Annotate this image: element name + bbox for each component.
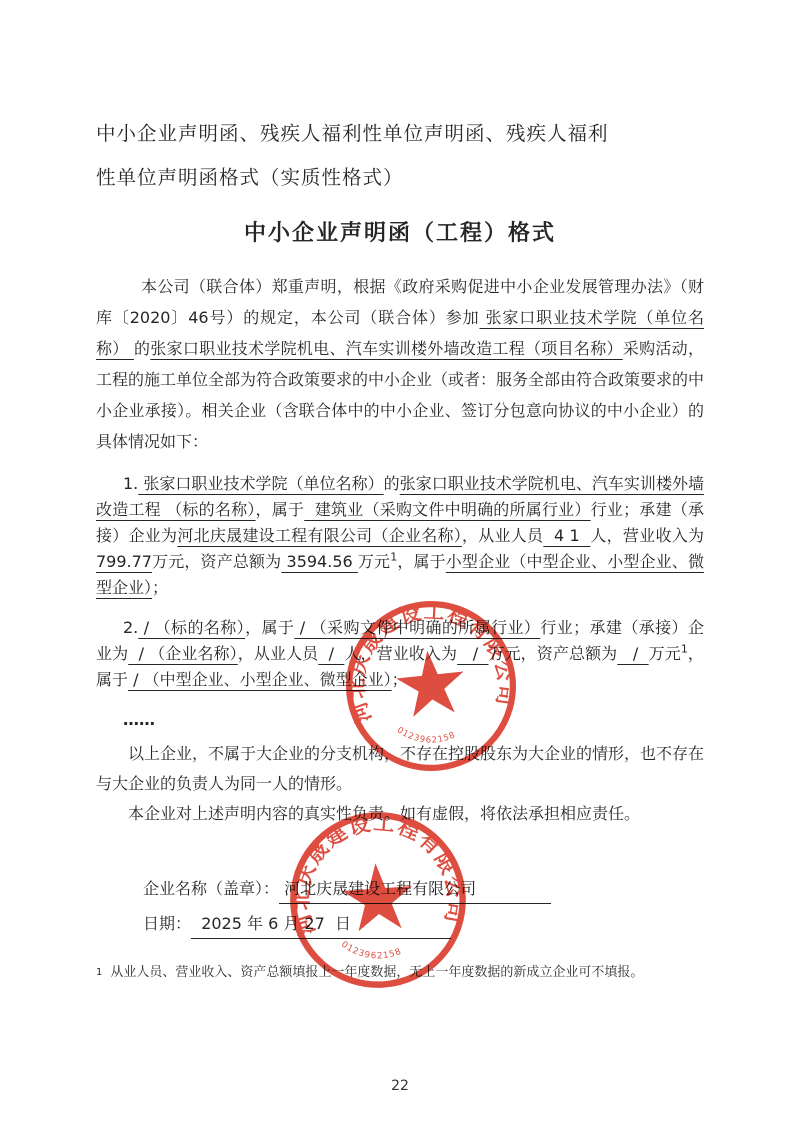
item2-seg-14: / （中型企业、小型企业、微型企业） <box>128 670 392 689</box>
item1-seg-1: 张家口职业技术学院（单位名称） <box>138 474 383 493</box>
footnote-reference-2: 1 <box>681 643 688 656</box>
item2-seg-12: 万元 <box>649 644 681 663</box>
item2-seg-15: ； <box>392 670 408 689</box>
item2-seg-5: / （企业名称） <box>128 644 238 663</box>
item2-seg-9: / <box>457 644 488 663</box>
document-content: 中小企业声明函、残疾人福利性单位声明函、残疾人福利 性单位声明函格式（实质性格式… <box>96 0 704 983</box>
item1-seg-0: 1. <box>123 474 138 493</box>
item2-seg-2: ，属于 <box>245 618 294 637</box>
signature-company-line: 企业名称（盖章）： 河北庆晟建设工程有限公司 <box>96 875 704 904</box>
item1-seg-5: 建筑业（采购文件中明确的所属行业） <box>304 500 590 519</box>
intro-seg-2: 的 <box>134 339 150 358</box>
item2-seg-8: 人，营业收入为 <box>344 644 457 663</box>
item1-seg-13: 3594.56 <box>281 552 358 571</box>
ellipsis-line: …… <box>96 707 704 733</box>
item2-seg-7: / <box>318 644 344 663</box>
company-seal-label: 企业名称（盖章）： <box>143 879 279 898</box>
footnote-text: 从业人员、营业收入、资产总额填报上一年度数据，无上一年度数据的新成立企业可不填报… <box>110 963 704 983</box>
paragraph-item1: 1. 张家口职业技术学院（单位名称）的张家口职业技术学院机电、汽车实训楼外墙改造… <box>96 471 704 601</box>
company-name-value: 河北庆晟建设工程有限公司 <box>279 875 551 904</box>
signature-date-line: 日期： 2025 年 6 月 27 日 <box>96 910 704 939</box>
date-label: 日期： <box>143 914 191 933</box>
item1-seg-8: ，从业人员 <box>462 526 543 545</box>
paragraph-closing-2: 本企业对上述声明内容的真实性负责。如有虚假，将依法承担相应责任。 <box>96 799 704 829</box>
paragraph-intro: 本公司（联合体）郑重声明，根据《政府采购促进中小企业发展管理办法》（财库〔202… <box>96 271 704 457</box>
footnote-number: 1 <box>96 963 102 983</box>
item2-seg-1: / （标的名称） <box>138 618 245 637</box>
intro-seg-3: 张家口职业技术学院机电、汽车实训楼外墙改造工程（项目名称） <box>150 339 623 358</box>
item2-seg-10: 万元，资产总额为 <box>488 644 617 663</box>
item1-seg-14: 万元 <box>358 552 390 571</box>
item1-seg-17: ； <box>152 578 168 597</box>
item1-seg-12: 万元，资产总额为 <box>152 552 281 571</box>
item1-seg-9: 4 1 <box>543 526 590 545</box>
item2-seg-6: ，从业人员 <box>238 644 319 663</box>
item2-seg-3: / （采购文件中明确的所属行业） <box>294 618 540 637</box>
item1-seg-7: 河北庆晟建设工程有限公司（企业名称） <box>177 526 462 545</box>
item1-seg-15: ，属于 <box>397 552 446 571</box>
document-title: 中小企业声明函（工程）格式 <box>96 216 704 247</box>
paragraph-closing-1: 以上企业，不属于大企业的分支机构，不存在控股股东为大企业的情形，也不存在与大企业… <box>96 739 704 799</box>
section-heading-line2: 性单位声明函格式（实质性格式） <box>96 156 704 200</box>
section-heading: 中小企业声明函、残疾人福利性单位声明函、残疾人福利 性单位声明函格式（实质性格式… <box>96 0 704 200</box>
section-heading-line1: 中小企业声明函、残疾人福利性单位声明函、残疾人福利 <box>96 112 704 156</box>
date-value: 2025 年 6 月 27 日 <box>191 910 451 939</box>
item1-seg-4: ，属于 <box>256 500 305 519</box>
item1-seg-10: 人，营业收入为 <box>590 526 704 545</box>
signature-block: 企业名称（盖章）： 河北庆晟建设工程有限公司 日期： 2025 年 6 月 27… <box>96 875 704 939</box>
item1-seg-2: 的 <box>384 474 400 493</box>
paragraph-item2: 2. / （标的名称），属于 / （采购文件中明确的所属行业）行业；承建（承接）… <box>96 615 704 693</box>
item2-seg-0: 2. <box>123 618 138 637</box>
footnote: 1 从业人员、营业收入、资产总额填报上一年度数据，无上一年度数据的新成立企业可不… <box>96 963 704 983</box>
page-number: 22 <box>0 1078 800 1094</box>
document-page: 中小企业声明函、残疾人福利性单位声明函、残疾人福利 性单位声明函格式（实质性格式… <box>0 0 800 1131</box>
item1-seg-11: 799.77 <box>96 552 152 571</box>
item2-seg-11: / <box>617 644 648 663</box>
